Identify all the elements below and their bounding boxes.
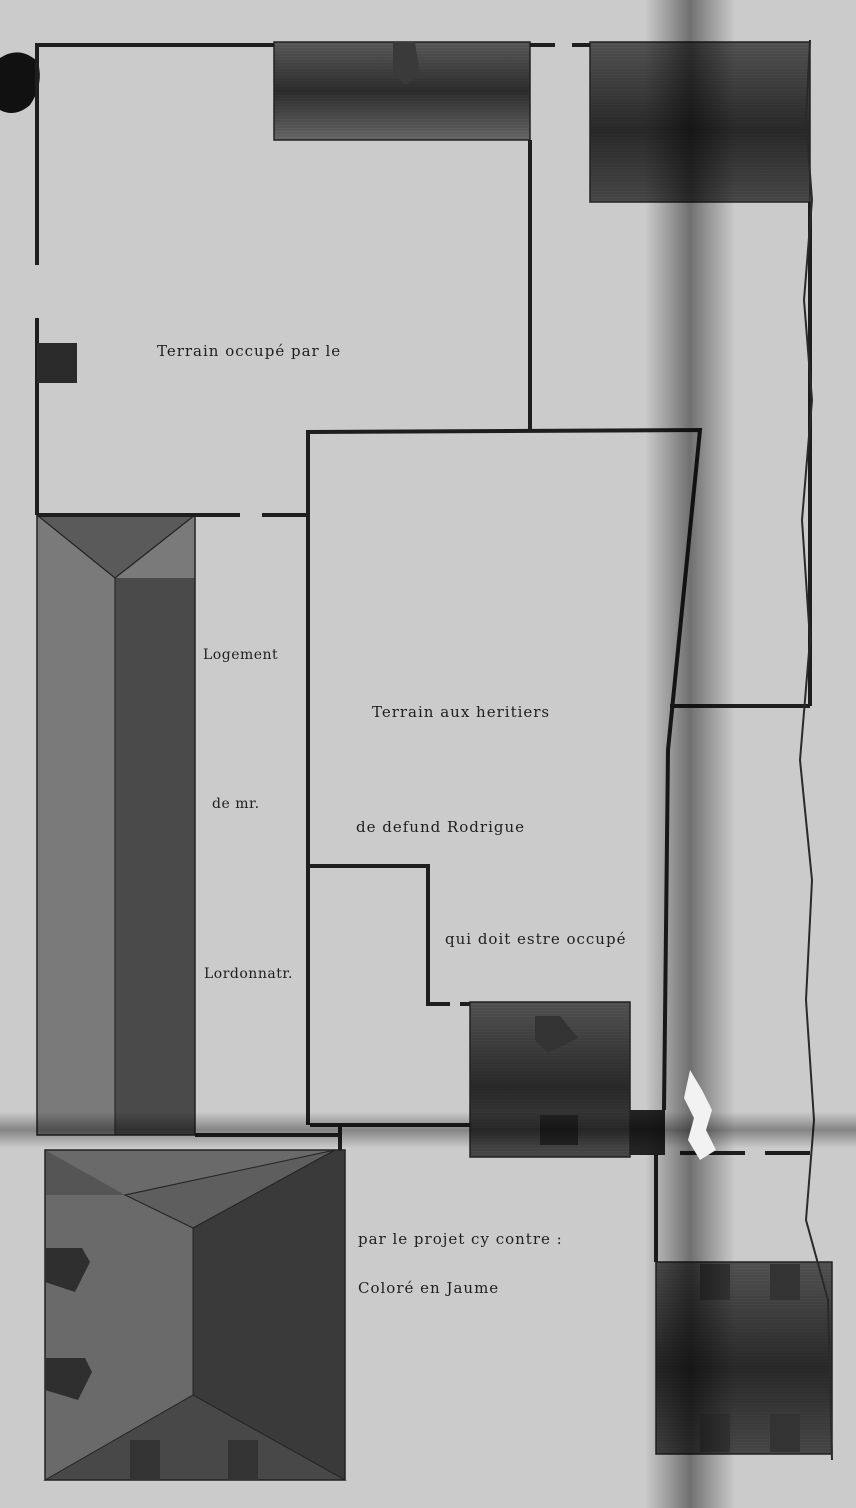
building-bottom-left bbox=[45, 1150, 345, 1480]
label-colore-en-jaume: Coloré en Jaume bbox=[358, 1279, 499, 1297]
label-defund-rodrigue: de defund Rodrigue bbox=[356, 818, 525, 836]
vertical-fold bbox=[645, 0, 735, 1508]
dormer-icon bbox=[770, 1264, 800, 1300]
dormer-icon bbox=[130, 1440, 160, 1480]
label-par-le-projet: par le projet cy contre : bbox=[358, 1230, 563, 1248]
building-logement bbox=[37, 515, 195, 1135]
horizontal-fold bbox=[0, 1112, 856, 1148]
building-top-middle bbox=[274, 42, 530, 140]
dormer-icon bbox=[228, 1440, 258, 1480]
label-terrain-occupe: Terrain occupé par le bbox=[157, 342, 341, 360]
label-lordonnateur: Lordonnatr. bbox=[204, 966, 293, 982]
label-de-mr: de mr. bbox=[212, 796, 260, 812]
label-terrain-heritiers: Terrain aux heritiers bbox=[372, 703, 550, 721]
pillar-icon bbox=[37, 343, 77, 383]
label-qui-doit: qui doit estre occupé bbox=[445, 930, 626, 948]
label-logement: Logement bbox=[203, 647, 278, 663]
dormer-icon bbox=[770, 1414, 800, 1452]
